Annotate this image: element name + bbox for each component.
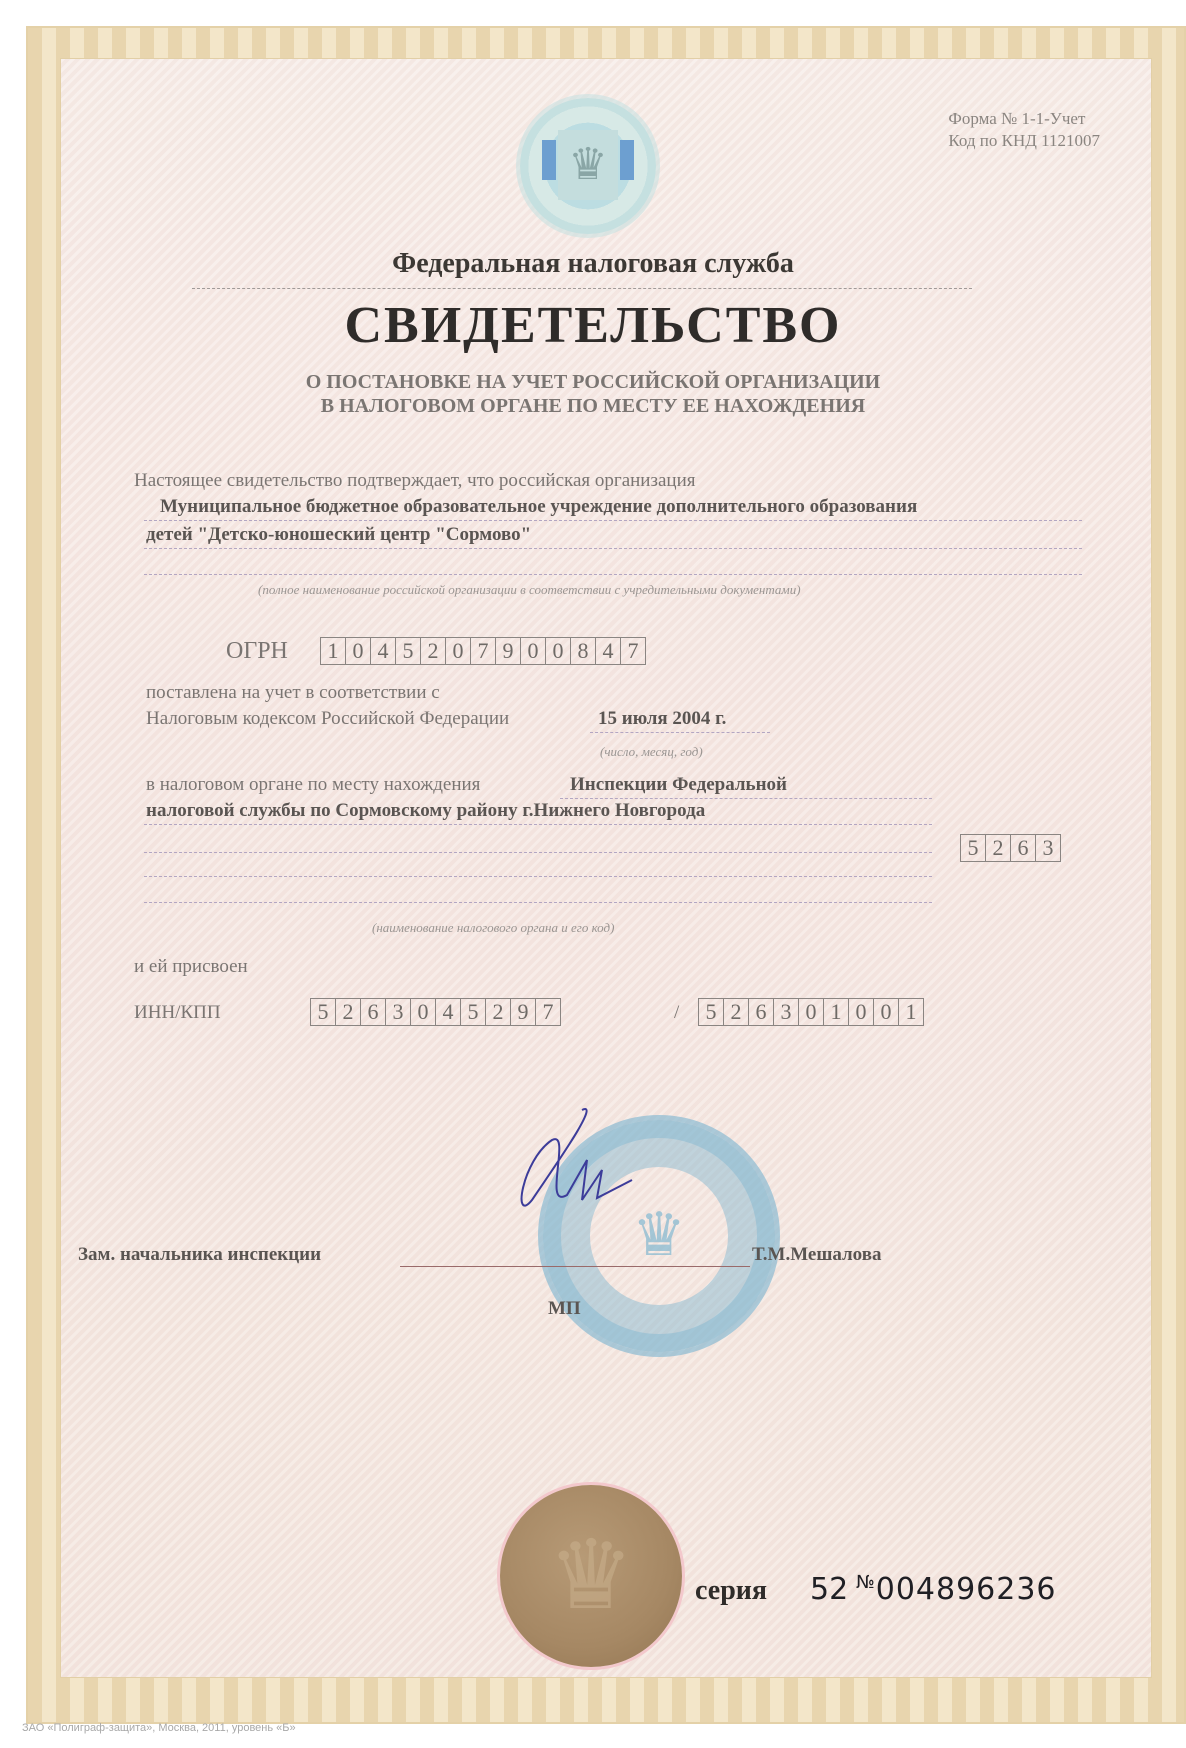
digit-cell: 5 [311, 999, 335, 1025]
digit-cell: 9 [495, 638, 520, 664]
digit-cell: 5 [395, 638, 420, 664]
subtitle-line-2: В НАЛОГОВОМ ОРГАНЕ ПО МЕСТУ ЕЕ НАХОЖДЕНИ… [0, 394, 1186, 418]
authority-code-digits: 5263 [960, 834, 1061, 862]
authority-line-2: налоговой службы по Сормовскому району г… [146, 800, 705, 822]
fill-line [144, 574, 1082, 575]
inn-digits: 5263045297 [310, 998, 561, 1026]
digit-cell: 0 [410, 999, 435, 1025]
digit-cell: 2 [335, 999, 360, 1025]
inn-kpp-separator: / [674, 1002, 679, 1024]
ogrn-digits: 1045207900847 [320, 637, 646, 665]
digit-cell: 6 [748, 999, 773, 1025]
digit-cell: 9 [510, 999, 535, 1025]
number-sign: № [856, 1572, 876, 1593]
digit-cell: 5 [961, 835, 985, 861]
digit-cell: 4 [370, 638, 395, 664]
signature-icon [512, 1100, 642, 1230]
digit-cell: 0 [445, 638, 470, 664]
stamp-place-label: МП [548, 1298, 581, 1320]
digit-cell: 0 [873, 999, 898, 1025]
fill-line [560, 798, 932, 799]
digit-cell: 0 [345, 638, 370, 664]
subtitle-line-1: О ПОСТАНОВКЕ НА УЧЕТ РОССИЙСКОЙ ОРГАНИЗА… [0, 370, 1186, 394]
digit-cell: 1 [823, 999, 848, 1025]
digit-cell: 7 [620, 638, 645, 664]
digit-cell: 0 [848, 999, 873, 1025]
digit-cell: 1 [321, 638, 345, 664]
fill-line [144, 852, 932, 853]
document-title: СВИДЕТЕЛЬСТВО [0, 296, 1186, 355]
series-value: 52 [810, 1572, 848, 1607]
document-subtitle: О ПОСТАНОВКЕ НА УЧЕТ РОССИЙСКОЙ ОРГАНИЗА… [0, 370, 1186, 418]
registration-text-2: Налоговым кодексом Российской Федерации [146, 708, 509, 730]
digit-cell: 8 [570, 638, 595, 664]
hologram-emblem-icon: ♛ [520, 98, 656, 234]
form-number: Форма № 1-1-Учет [948, 108, 1100, 130]
digit-cell: 2 [985, 835, 1010, 861]
kpp-digits: 526301001 [698, 998, 924, 1026]
fill-line [144, 902, 932, 903]
digit-cell: 2 [485, 999, 510, 1025]
seal-eagle-icon: ♛ [500, 1485, 682, 1667]
fill-line [590, 732, 770, 733]
fill-line [144, 824, 932, 825]
gold-seal: ♛ [500, 1485, 682, 1667]
signatory-name: Т.М.Мешалова [752, 1244, 881, 1266]
series-label: серия [695, 1575, 767, 1607]
inn-kpp-label: ИНН/КПП [134, 1002, 221, 1024]
ogrn-label: ОГРН [226, 638, 288, 665]
printer-imprint: ЗАО «Полиграф-защита», Москва, 2011, уро… [22, 1722, 296, 1734]
form-info: Форма № 1-1-Учет Код по КНД 1121007 [948, 108, 1100, 152]
digit-cell: 3 [385, 999, 410, 1025]
digit-cell: 2 [420, 638, 445, 664]
assigned-intro: и ей присвоен [134, 956, 248, 978]
serial-number-value: 004896236 [876, 1572, 1057, 1607]
digit-cell: 4 [435, 999, 460, 1025]
signature-line [400, 1266, 750, 1267]
fill-line [144, 876, 932, 877]
organization-name-line-1: Муниципальное бюджетное образовательное … [160, 496, 917, 518]
agency-name: Федеральная налоговая служба [0, 248, 1186, 280]
registration-text-1: поставлена на учет в соответствии с [146, 682, 440, 704]
signatory-position: Зам. начальника инспекции [78, 1244, 321, 1266]
digit-cell: 2 [723, 999, 748, 1025]
flag-stripe-icon [620, 140, 634, 180]
organization-intro: Настоящее свидетельство подтверждает, чт… [134, 470, 695, 492]
digit-cell: 4 [595, 638, 620, 664]
serial-number: №004896236 [856, 1572, 1057, 1607]
authority-caption: (наименование налогового органа и его ко… [372, 920, 614, 936]
digit-cell: 5 [460, 999, 485, 1025]
digit-cell: 3 [773, 999, 798, 1025]
divider [192, 288, 972, 289]
coat-of-arms-icon: ♛ [558, 130, 618, 200]
registration-date: 15 июля 2004 г. [598, 708, 726, 730]
fill-line [144, 548, 1082, 549]
authority-line-1: Инспекции Федеральной [570, 774, 787, 796]
organization-caption: (полное наименование российской организа… [258, 582, 801, 598]
date-caption: (число, месяц, год) [600, 744, 703, 760]
digit-cell: 3 [1035, 835, 1060, 861]
organization-name-line-2: детей "Детско-юношеский центр "Сормово" [146, 524, 531, 546]
digit-cell: 0 [798, 999, 823, 1025]
digit-cell: 5 [699, 999, 723, 1025]
knd-code: Код по КНД 1121007 [948, 130, 1100, 152]
digit-cell: 6 [1010, 835, 1035, 861]
digit-cell: 6 [360, 999, 385, 1025]
digit-cell: 0 [520, 638, 545, 664]
digit-cell: 7 [470, 638, 495, 664]
digit-cell: 7 [535, 999, 560, 1025]
flag-stripe-icon [542, 140, 556, 180]
digit-cell: 0 [545, 638, 570, 664]
authority-intro: в налоговом органе по месту нахождения [146, 774, 480, 796]
fill-line [144, 520, 1082, 521]
digit-cell: 1 [898, 999, 923, 1025]
